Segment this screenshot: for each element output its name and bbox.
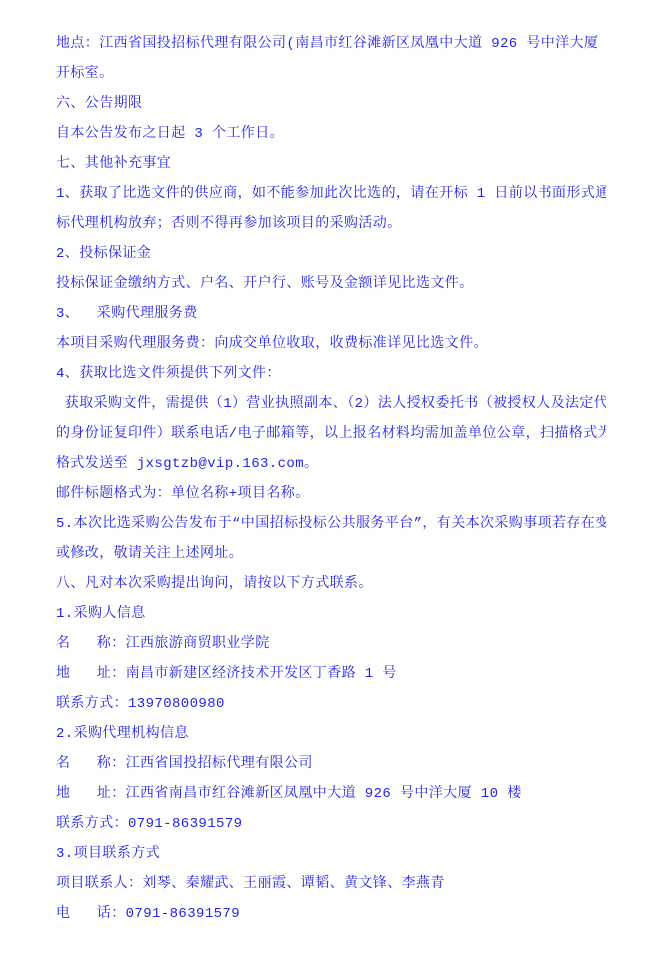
heading-section6-announcement-period: 六、公告期限	[56, 89, 606, 119]
heading-purchaser-info: 1.采购人信息	[56, 599, 606, 629]
line-item3-agency-fee-detail: 本项目采购代理服务费：向成交单位收取，收费标准详见比选文件。	[56, 329, 606, 359]
line-purchaser-name: 名 称：江西旅游商贸职业学院	[56, 629, 606, 659]
heading-agency-info: 2.采购代理机构信息	[56, 719, 606, 749]
line-item1-withdrawal-notice: 1、获取了比选文件的供应商，如不能参加此次比选的，请在开标 1 日前以书面形式通…	[56, 179, 606, 209]
line-item4-required-docs-heading: 4、获取比选文件须提供下列文件：	[56, 359, 606, 389]
line-item3-agency-fee-heading: 3、 采购代理服务费	[56, 299, 606, 329]
line-purchaser-address: 地 址：南昌市新建区经济技术开发区丁香路 1 号	[56, 659, 606, 689]
line-item4-email-address: 格式发送至 jxsgtzb@vip.163.com。	[56, 449, 606, 479]
line-bid-opening-location-cont: 开标室。	[56, 59, 606, 89]
line-agency-address: 地 址：江西省南昌市红谷滩新区凤凰中大道 926 号中洋大厦 10 楼	[56, 779, 606, 809]
line-item4-required-docs-detail-1: 获取采购文件，需提供（1）营业执照副本、（2）法人授权委托书（被授权人及法定代表…	[56, 389, 606, 419]
heading-section7-other-matters: 七、其他补充事宜	[56, 149, 606, 179]
line-item5-platform-notice-cont: 或修改，敬请关注上述网址。	[56, 539, 606, 569]
line-item2-bid-deposit-heading: 2、投标保证金	[56, 239, 606, 269]
line-item1-withdrawal-notice-cont: 标代理机构放弃；否则不得再参加该项目的采购活动。	[56, 209, 606, 239]
line-project-phone: 电 话：0791-86391579	[56, 899, 606, 929]
line-item2-bid-deposit-detail: 投标保证金缴纳方式、户名、开户行、账号及金额详见比选文件。	[56, 269, 606, 299]
line-email-subject-format: 邮件标题格式为：单位名称+项目名称。	[56, 479, 606, 509]
line-purchaser-phone: 联系方式：13970800980	[56, 689, 606, 719]
line-announcement-period: 自本公告发布之日起 3 个工作日。	[56, 119, 606, 149]
line-item4-required-docs-detail-2: 的身份证复印件）联系电话/电子邮箱等，以上报名材料均需加盖单位公章，扫描格式为 …	[56, 419, 606, 449]
heading-section8-inquiry-contact: 八、凡对本次采购提出询问，请按以下方式联系。	[56, 569, 606, 599]
line-agency-name: 名 称：江西省国投招标代理有限公司	[56, 749, 606, 779]
line-agency-phone: 联系方式：0791-86391579	[56, 809, 606, 839]
line-project-contacts: 项目联系人：刘琴、秦耀武、王丽霞、谭韬、黄文锋、李燕青	[56, 869, 606, 899]
line-item5-platform-notice: 5.本次比选采购公告发布于“中国招标投标公共服务平台”，有关本次采购事项若存在变…	[56, 509, 606, 539]
document-page: 地点：江西省国投招标代理有限公司(南昌市红谷滩新区凤凰中大道 926 号中洋大厦…	[0, 0, 646, 929]
heading-project-contact: 3.项目联系方式	[56, 839, 606, 869]
line-bid-opening-location: 地点：江西省国投招标代理有限公司(南昌市红谷滩新区凤凰中大道 926 号中洋大厦…	[56, 29, 606, 59]
